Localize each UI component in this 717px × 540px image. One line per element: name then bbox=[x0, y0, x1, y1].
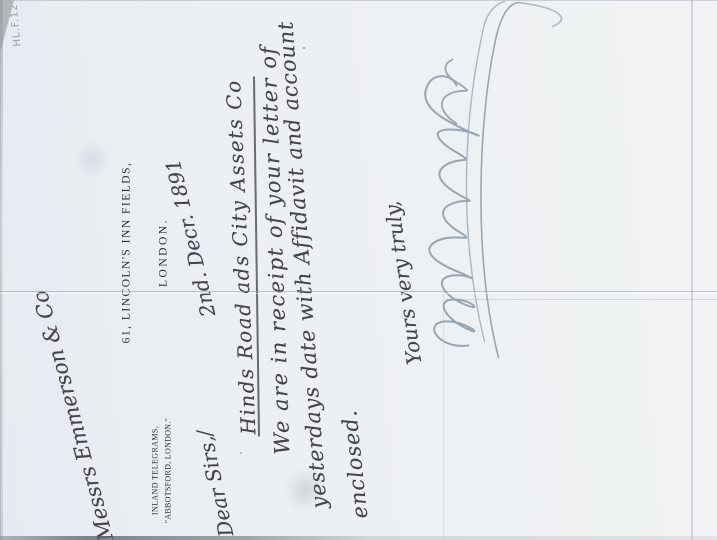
salutation-line: Dear Sirs,/ bbox=[192, 427, 238, 538]
body-line-3: enclosed. bbox=[337, 408, 372, 519]
letter-scan: HL.F.12 61, LINCOLN'S INN FIELDS, LONDON… bbox=[0, 0, 717, 540]
archival-mark: HL.F.12 bbox=[8, 2, 23, 46]
letterhead-telegrams-line2: "ABBOTSFORD, LONDON." bbox=[163, 410, 172, 530]
letterhead-telegrams-line1: INLAND TELEGRAMS, bbox=[150, 410, 159, 530]
recipient-line: Messrs Emmerson & Co bbox=[28, 287, 118, 540]
letterhead-address-line1: 61, LINCOLN'S INN FIELDS, bbox=[120, 147, 132, 357]
letter-page: HL.F.12 61, LINCOLN'S INN FIELDS, LONDON… bbox=[0, 0, 717, 540]
signature-flourish bbox=[400, 0, 700, 375]
